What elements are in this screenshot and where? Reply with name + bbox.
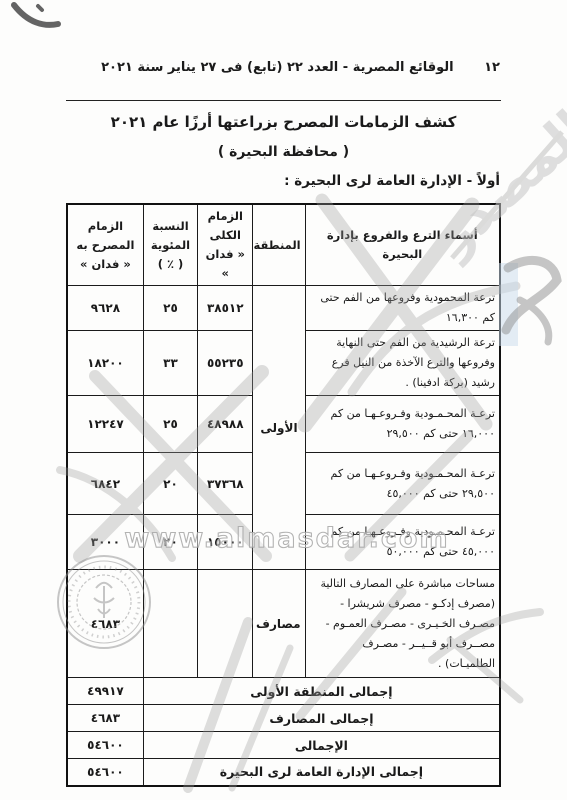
summary-value: ٤٩٩١٧ xyxy=(67,678,143,705)
permitted-area-cell: ٩٦٢٨ xyxy=(67,286,143,331)
col-header-percentage: النسبة المئوية ( ٪ ) xyxy=(143,204,197,286)
percent-cell xyxy=(143,570,197,678)
total-area-cell: ٥٥٢٣٥ xyxy=(198,331,253,396)
page-number: ١٢ xyxy=(484,60,500,75)
right-edge-calligraphy xyxy=(506,260,557,342)
permitted-area-cell: ٣٠٠٠ xyxy=(67,515,143,570)
table-header-row: أسماء الترع والفروع بإدارة البحيرة المنط… xyxy=(67,204,500,286)
gazette-title: الوقائع المصرية - العدد ٢٢ (تابع) فى ٢٧ … xyxy=(101,60,453,75)
canal-name-cell: ترعـة المحـمـودية وفـروعـهـا من كم ٢٩,٥٠… xyxy=(305,453,500,515)
total-area-cell: ٤٨٩٨٨ xyxy=(198,396,253,453)
summary-value: ٥٤٦٠٠ xyxy=(67,759,143,786)
section-heading: أولاً - الإدارة العامة لرى البحيرة : xyxy=(284,173,500,189)
percent-cell: ٢٠ xyxy=(143,453,197,515)
highlight-rect xyxy=(499,263,518,346)
page-header: ١٢ الوقائع المصرية - العدد ٢٢ (تابع) فى … xyxy=(60,60,500,75)
percent-cell: ٢٥ xyxy=(143,396,197,453)
permitted-area-cell: ٤٦٨٣ xyxy=(67,570,143,678)
table-row: ترعة المحمودية وفروعها من الفم حتى كم ١٦… xyxy=(67,286,500,331)
permitted-area-cell: ١٨٢٠٠ xyxy=(67,331,143,396)
permitted-area-cell: ١٢٢٤٧ xyxy=(67,396,143,453)
total-area-cell xyxy=(198,570,253,678)
canal-name-cell: ترعـة المحـمـودية وفـروعـهـا من كم ٤٥,٠٠… xyxy=(305,515,500,570)
col-header-total-area: الزمام الكلى « فدان » xyxy=(198,204,253,286)
irrigation-zimam-table: أسماء الترع والفروع بإدارة البحيرة المنط… xyxy=(66,203,501,787)
summary-label: إجمالى المصارف xyxy=(143,705,500,732)
summary-label: إجمالى الإدارة العامة لرى البحيرة xyxy=(143,759,500,786)
region-cell-first: الأولى xyxy=(253,286,305,570)
canal-name-cell: ترعة الرشيدية من الفم حتى النهاية وفروعه… xyxy=(305,331,500,396)
percent-cell: ٢٥ xyxy=(143,286,197,331)
permitted-area-cell: ٦٨٤٢ xyxy=(67,453,143,515)
canal-name-cell: مساحات مباشرة على المصارف التالية (مصرف … xyxy=(305,570,500,678)
region-cell-drains: مصارف xyxy=(253,570,305,678)
gazette-page: ١٢ الوقائع المصرية - العدد ٢٢ (تابع) فى … xyxy=(0,0,567,800)
col-header-canal-names: أسماء الترع والفروع بإدارة البحيرة xyxy=(305,204,500,286)
total-area-cell: ٣٧٣٦٨ xyxy=(198,453,253,515)
summary-row: إجمالى الإدارة العامة لرى البحيرة ٥٤٦٠٠ xyxy=(67,759,500,786)
document-title: كشف الزمامات المصرح بزراعتها أرزًا عام ٢… xyxy=(0,113,567,131)
summary-row: الإجمالى ٥٤٦٠٠ xyxy=(67,732,500,759)
canal-name-cell: ترعة المحمودية وفروعها من الفم حتى كم ١٦… xyxy=(305,286,500,331)
summary-row: إجمالى المصارف ٤٦٨٣ xyxy=(67,705,500,732)
governorate-subtitle: ( محافظة البحيرة ) xyxy=(0,144,567,160)
canal-name-cell: ترعـة المحـمـودية وفـروعـهـا من كم ١٦,٠٠… xyxy=(305,396,500,453)
summary-label: الإجمالى xyxy=(143,732,500,759)
summary-value: ٥٤٦٠٠ xyxy=(67,732,143,759)
summary-row: إجمالى المنطقة الأولى ٤٩٩١٧ xyxy=(67,678,500,705)
corner-ink-mark xyxy=(14,5,58,25)
header-divider xyxy=(66,100,501,101)
percent-cell: ٢٠ xyxy=(143,515,197,570)
percent-cell: ٣٣ xyxy=(143,331,197,396)
table-row: مساحات مباشرة على المصارف التالية (مصرف … xyxy=(67,570,500,678)
col-header-permitted-area: الزمام المصرح به « فدان » xyxy=(67,204,143,286)
total-area-cell: ٣٨٥١٢ xyxy=(198,286,253,331)
summary-value: ٤٦٨٣ xyxy=(67,705,143,732)
summary-label: إجمالى المنطقة الأولى xyxy=(143,678,500,705)
total-area-cell: ١٥٠٠٠ xyxy=(198,515,253,570)
col-header-region: المنطقة xyxy=(253,204,305,286)
